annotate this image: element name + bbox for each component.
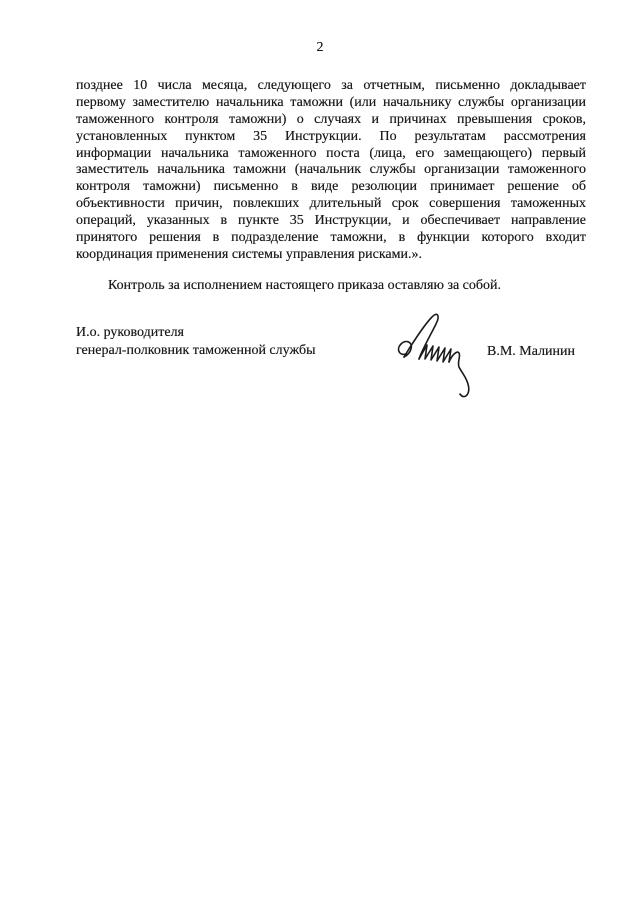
paragraph-line: первому заместителю начальника таможни (…: [76, 95, 586, 112]
paragraph-line: информации начальника таможенного поста …: [76, 146, 586, 163]
control-sentence: Контроль за исполнением настоящего прика…: [76, 278, 586, 295]
paragraph-line: контроля таможни) письменно в виде резол…: [76, 179, 586, 196]
paragraph-line: позднее 10 числа месяца, следующего за о…: [76, 78, 586, 95]
document-page: 2 позднее 10 числа месяца, следующего за…: [0, 0, 640, 905]
paragraph-line: операций, указанных в пункте 35 Инструкц…: [76, 213, 586, 230]
signer-position-line: И.о. руководителя: [76, 324, 315, 342]
paragraph-line: координация применения системы управлени…: [76, 247, 586, 264]
signer-position-line: генерал-полковник таможенной службы: [76, 342, 315, 360]
page-number: 2: [0, 40, 640, 56]
paragraph-line: заместитель начальника таможни (начальни…: [76, 162, 586, 179]
handwritten-signature-icon: [394, 309, 484, 404]
paragraph-line: установленных пунктом 35 Инструкции. По …: [76, 129, 586, 146]
paragraph-line: таможенного контроля таможни) о случаях …: [76, 112, 586, 129]
paragraph-line: объективности причин, повлекших длительн…: [76, 196, 586, 213]
paragraph-line: принятого решения в подразделение таможн…: [76, 230, 586, 247]
signer-position-block: И.о. руководителя генерал-полковник тамо…: [76, 324, 315, 359]
signer-name: В.М. Малинин: [487, 343, 575, 360]
body-paragraph: позднее 10 числа месяца, следующего за о…: [76, 78, 586, 264]
